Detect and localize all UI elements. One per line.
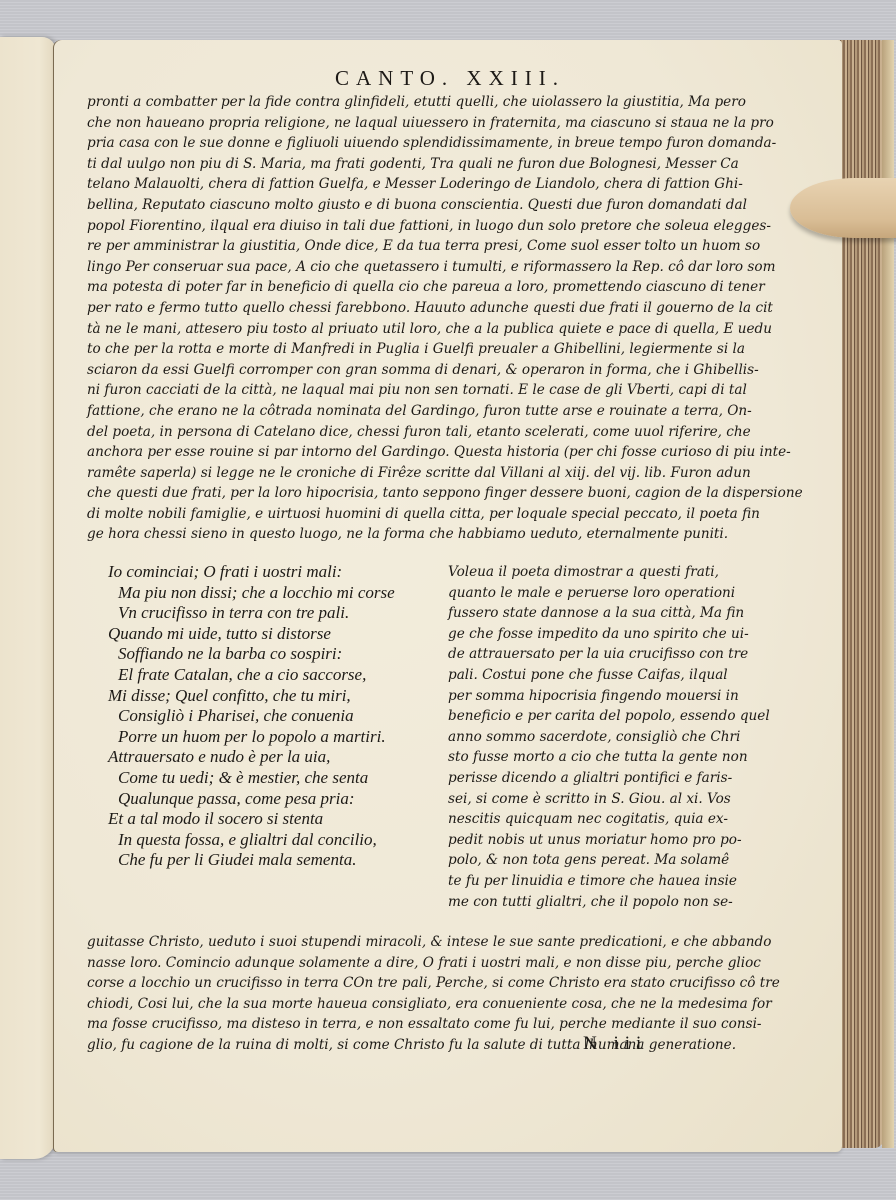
commentary-line: corse a locchio un crucifisso in terra C…: [87, 973, 707, 994]
prose-line: lingo Per conseruar sua pace, A cio che …: [87, 257, 707, 278]
commentary-line: anno sommo sacerdote, consigliò che Chri: [448, 727, 710, 748]
prose-line: pria casa con le sue donne e figliuoli u…: [87, 133, 707, 154]
prose-line: sciaron da essi Guelfi corromper con gra…: [87, 360, 707, 381]
prose-line: ramête saperla) si legge ne le croniche …: [87, 463, 707, 484]
commentary-line: fussero state dannose a la sua città, Ma…: [448, 603, 710, 624]
commentary-line: perisse dicendo a glialtri pontifici e f…: [448, 768, 710, 789]
verse-line: Mi disse; Quel confitto, che tu miri,: [108, 686, 408, 707]
commentary-line: polo, & non tota gens pereat. Ma solamê: [448, 850, 710, 871]
commentary-line: ma fosse crucifisso, ma disteso in terra…: [87, 1014, 707, 1035]
prose-line: bellina, Reputato ciascuno molto giusto …: [87, 195, 707, 216]
verse-line: Porre un huom per lo popolo a martiri.: [108, 727, 408, 748]
verse-line: Attrauersato e nudo è per la uia,: [108, 747, 408, 768]
prose-line: che non haueano propria religione, ne la…: [87, 113, 707, 134]
verse-line: Che fu per li Giudei mala sementa.: [108, 850, 408, 871]
commentary-line: te fu per linuidia e timore che hauea in…: [448, 871, 710, 892]
prose-line: ge hora chessi sieno in questo luogo, ne…: [87, 524, 707, 545]
commentary-line: beneficio e per carita del popolo, essen…: [448, 706, 710, 727]
commentary-line: me con tutti glialtri, che il popolo non…: [448, 892, 710, 913]
prose-line: pronti a combatter per la fide contra gl…: [87, 92, 707, 113]
verse-line: Io cominciai; O frati i uostri mali:: [108, 562, 408, 583]
verse-line: Qualunque passa, come pesa pria:: [108, 789, 408, 810]
prose-line: che questi due frati, per la loro hipocr…: [87, 483, 707, 504]
commentary-line: Voleua il poeta dimostrar a questi frati…: [448, 562, 710, 583]
commentary-line: pali. Costui pone che fusse Caifas, ilqu…: [448, 665, 710, 686]
verse-line: Soffiando ne la barba co sospiri:: [108, 644, 408, 665]
prose-line: tà ne le mani, attesero piu tosto al pri…: [87, 319, 707, 340]
prose-line: anchora per esse rouine si par intorno d…: [87, 442, 707, 463]
running-head: CANTO. XXIII.: [300, 66, 600, 91]
verse-line: Come tu uedi; & è mestier, che senta: [108, 768, 408, 789]
commentary-line: de attrauersato per la uia crucifisso co…: [448, 644, 710, 665]
verse-line: Et a tal modo il socero si stenta: [108, 809, 408, 830]
commentary-line: per somma hipocrisia fingendo mouersi in: [448, 686, 710, 707]
commentary-line: quanto le male e peruerse loro operation…: [448, 583, 710, 604]
verse-column: Io cominciai; O frati i uostri mali:Ma p…: [108, 562, 408, 871]
prose-line: ni furon cacciati de la città, ne laqual…: [87, 380, 707, 401]
commentary-line: guitasse Christo, ueduto i suoi stupendi…: [87, 932, 707, 953]
commentary-line: chiodi, Cosi lui, che la sua morte haueu…: [87, 994, 707, 1015]
commentary-line: nasse loro. Comincio adunque solamente a…: [87, 953, 707, 974]
commentary-line: pedit nobis ut unus moriatur homo pro po…: [448, 830, 710, 851]
prose-line: ma potesta di poter far in beneficio di …: [87, 277, 707, 298]
verse-line: Vn crucifisso in terra con tre pali.: [108, 603, 408, 624]
prose-line: per rato e fermo tutto quello chessi far…: [87, 298, 707, 319]
prose-line: del poeta, in persona di Catelano dice, …: [87, 422, 707, 443]
commentary-line: sei, si come è scritto in S. Giou. al xi…: [448, 789, 710, 810]
prose-line: ti dal uulgo non piu di S. Maria, ma fra…: [87, 154, 707, 175]
verse-line: Ma piu non dissi; che a locchio mi corse: [108, 583, 408, 604]
commentary-prose: pronti a combatter per la fide contra gl…: [87, 92, 707, 545]
prose-line: fattione, che erano ne la côtrada nomina…: [87, 401, 707, 422]
prose-line: di molte nobili famiglie, e uirtuosi huo…: [87, 504, 707, 525]
commentary-column: Voleua il poeta dimostrar a questi frati…: [448, 562, 710, 912]
commentary-line: nescitis quicquam nec cogitatis, quia ex…: [448, 809, 710, 830]
prose-line: telano Malauolti, chera di fattion Guelf…: [87, 174, 707, 195]
verse-line: Consigliò i Pharisei, che conuenia: [108, 706, 408, 727]
prose-line: re per amministrar la giustitia, Onde di…: [87, 236, 707, 257]
verse-line: El frate Catalan, che a cio saccorse,: [108, 665, 408, 686]
prose-line: to che per la rotta e morte di Manfredi …: [87, 339, 707, 360]
signature-mark: N iii: [583, 1033, 647, 1055]
verse-line: Quando mi uide, tutto si distorse: [108, 624, 408, 645]
left-page-edge: [0, 37, 56, 1159]
verse-line: In questa fossa, e glialtri dal concilio…: [108, 830, 408, 851]
commentary-line: ge che fosse impedito da uno spirito che…: [448, 624, 710, 645]
commentary-line: sto fusse morto a cio che tutta la gente…: [448, 747, 710, 768]
prose-line: popol Fiorentino, ilqual era diuiso in t…: [87, 216, 707, 237]
